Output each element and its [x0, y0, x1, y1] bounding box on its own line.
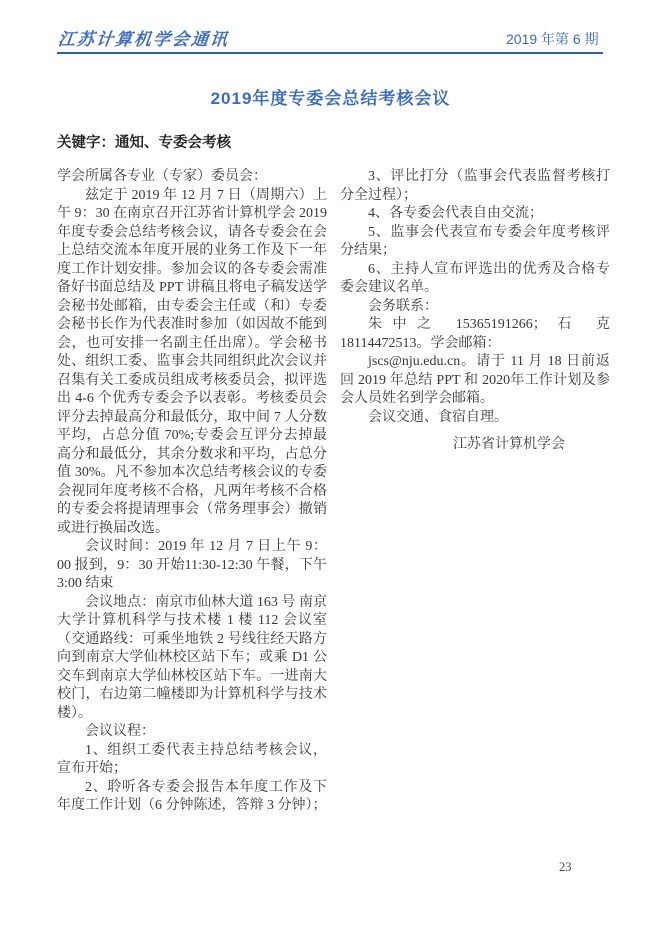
agenda-heading: 会议议程：: [57, 723, 327, 742]
right-column: 3、评比打分（监事会代表监督考核打分全过程）； 4、各专委会代表自由交流； 5、…: [340, 168, 610, 816]
article-body: 学会所属各专业（专家）委员会： 兹定于 2019 年 12 月 7 日（周期六）…: [57, 168, 610, 816]
issue-number: 2019 年第 6 期: [506, 29, 599, 49]
agenda-item-5: 5、监事会代表宣布专委会年度考核评分结果；: [340, 224, 610, 261]
salutation-line: 学会所属各专业（专家）委员会：: [57, 168, 327, 187]
email-instructions: jscs@nju.edu.cn。请于 11 月 18 日前返回 2019 年总结…: [340, 353, 610, 409]
page-number: 23: [559, 860, 572, 875]
meeting-time-paragraph: 会议时间：2019 年 12 月 7 日上午 9：00 报到，9：30 开始11…: [57, 538, 327, 594]
notice-paragraph: 兹定于 2019 年 12 月 7 日（周期六）上午 9：30 在南京召开江苏省…: [57, 187, 327, 539]
left-column: 学会所属各专业（专家）委员会： 兹定于 2019 年 12 月 7 日（周期六）…: [57, 168, 327, 816]
agenda-item-1: 1、组织工委代表主持总结考核会议，宣布开始；: [57, 742, 327, 779]
agenda-item-4: 4、各专委会代表自由交流；: [340, 205, 610, 224]
document-page: 江苏计算机学会通讯 2019 年第 6 期 2019年度专委会总结考核会议 关键…: [0, 0, 661, 943]
agenda-item-6: 6、主持人宣布评选出的优秀及合格专委会建议名单。: [340, 261, 610, 298]
agenda-item-3: 3、评比打分（监事会代表监督考核打分全过程）；: [340, 168, 610, 205]
newsletter-logo: 江苏计算机学会通讯: [57, 25, 231, 50]
signature: 江苏省计算机学会: [340, 436, 610, 455]
contact-heading: 会务联系：: [340, 298, 610, 317]
agenda-item-2: 2、聆听各专委会报告本年度工作及下年度工作计划（6 分钟陈述，答辩 3 分钟）；: [57, 779, 327, 816]
keywords-line: 关键字：通知、专委会考核: [57, 131, 231, 152]
contact-details: 朱中之 15365191266；石 克 18114472513。学会邮箱：: [340, 316, 610, 353]
self-arrangement-note: 会议交通、食宿自理。: [340, 409, 610, 428]
meeting-location-paragraph: 会议地点：南京市仙林大道 163 号 南京大学计算机科学与技术楼 1 楼 112…: [57, 594, 327, 724]
article-title: 2019年度专委会总结考核会议: [0, 84, 661, 109]
header-divider: [57, 52, 603, 54]
